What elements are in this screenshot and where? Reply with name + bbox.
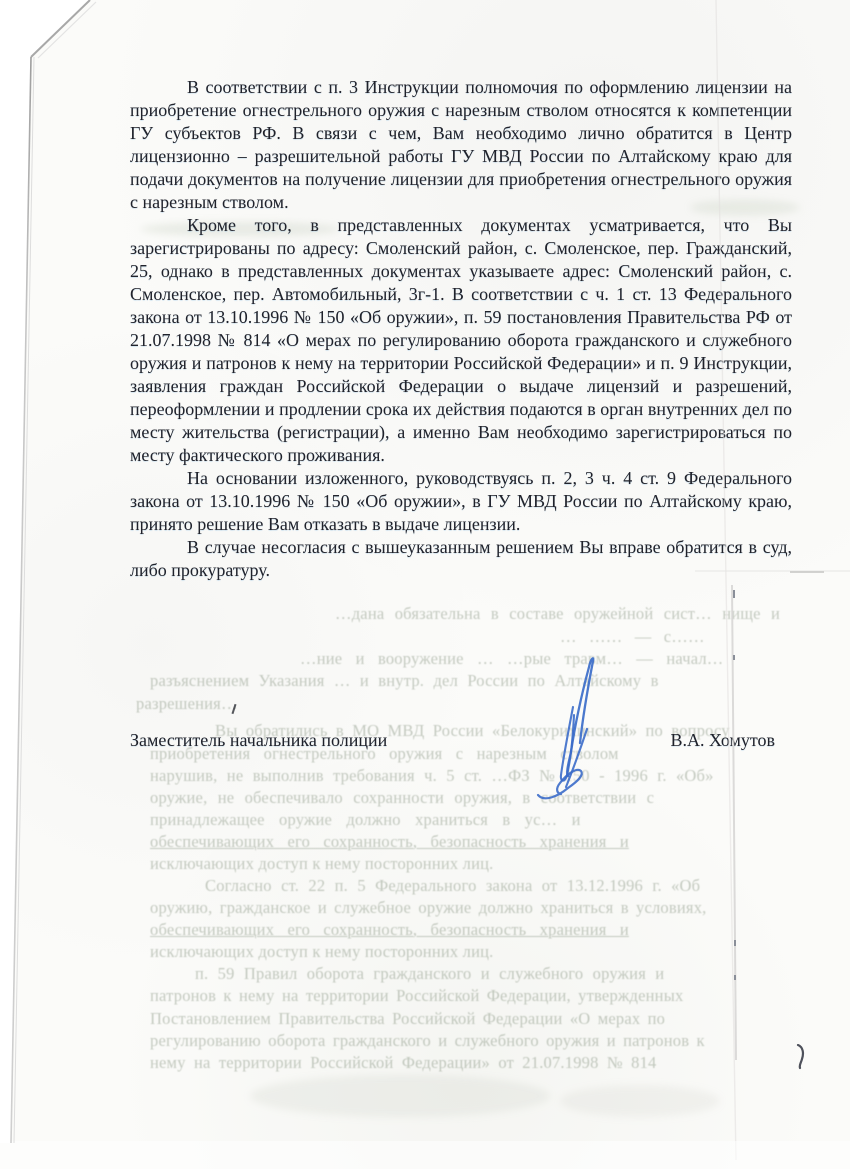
signer-name: В.А. Хомутов (670, 730, 775, 751)
paragraph: Кроме того, в представленных документах … (130, 214, 792, 467)
bleedthrough-line: …ние и вооружение … …рые травм… — начал… (300, 649, 724, 669)
paragraph: На основании изложенного, руководствуясь… (130, 467, 792, 536)
signer-title: Заместитель начальника полиции (130, 730, 387, 751)
bleedthrough-line: оружию, гражданское и служебное оружие д… (150, 898, 706, 918)
bleedthrough-line: обеспечивающих его сохранность, безопасн… (150, 920, 629, 940)
bleedthrough-line: разрешения… (136, 694, 238, 714)
bleedthrough-line: принадлежащее оружие должно храниться в … (150, 810, 581, 830)
crease-speck (734, 940, 736, 946)
handwritten-signature-ink (520, 645, 610, 815)
paragraph: В случае несогласия с вышеуказанным реше… (130, 536, 792, 582)
crease-speck (733, 590, 735, 598)
bleedthrough-line: …дана обязательна в составе оружейной си… (335, 604, 780, 624)
bleedthrough-line: исключающих доступ к нему посторонних ли… (150, 854, 494, 874)
signature-row: Заместитель начальника полиции В.А. Хому… (130, 730, 775, 751)
bleedthrough-line: патронов к нему на территории Российской… (150, 986, 683, 1006)
scanned-letter-page: …дана обязательна в составе оружейной си… (0, 0, 850, 1169)
paragraph: В соответствии с п. 3 Инструкции полномо… (130, 76, 792, 214)
bleedthrough-line: исключающих доступ к нему посторонних ли… (150, 942, 494, 962)
bleedthrough-line: … …… — с…… (560, 627, 705, 647)
bleedthrough-line: регулированию оборота гражданского и слу… (150, 1031, 705, 1051)
crease-speck (734, 975, 736, 980)
bleedthrough-line: Постановлением Правительства Российской … (150, 1009, 665, 1029)
bleedthrough-line: нему на территории Российской Федерации»… (150, 1053, 657, 1073)
bleedthrough-line: п. 59 Правил оборота гражданского и служ… (195, 964, 664, 984)
letter-body: В соответствии с п. 3 Инструкции полномо… (130, 76, 792, 582)
bleedthrough-line: нарушив, не выполнив требования ч. 5 ст.… (150, 766, 714, 786)
crease-speck (733, 655, 735, 660)
stray-ink-hook (795, 1044, 807, 1070)
bleedthrough-line: обеспечивающих его сохранность, безопасн… (150, 832, 629, 852)
bleedthrough-line: Согласно ст. 22 п. 5 Федерального закона… (205, 876, 700, 896)
